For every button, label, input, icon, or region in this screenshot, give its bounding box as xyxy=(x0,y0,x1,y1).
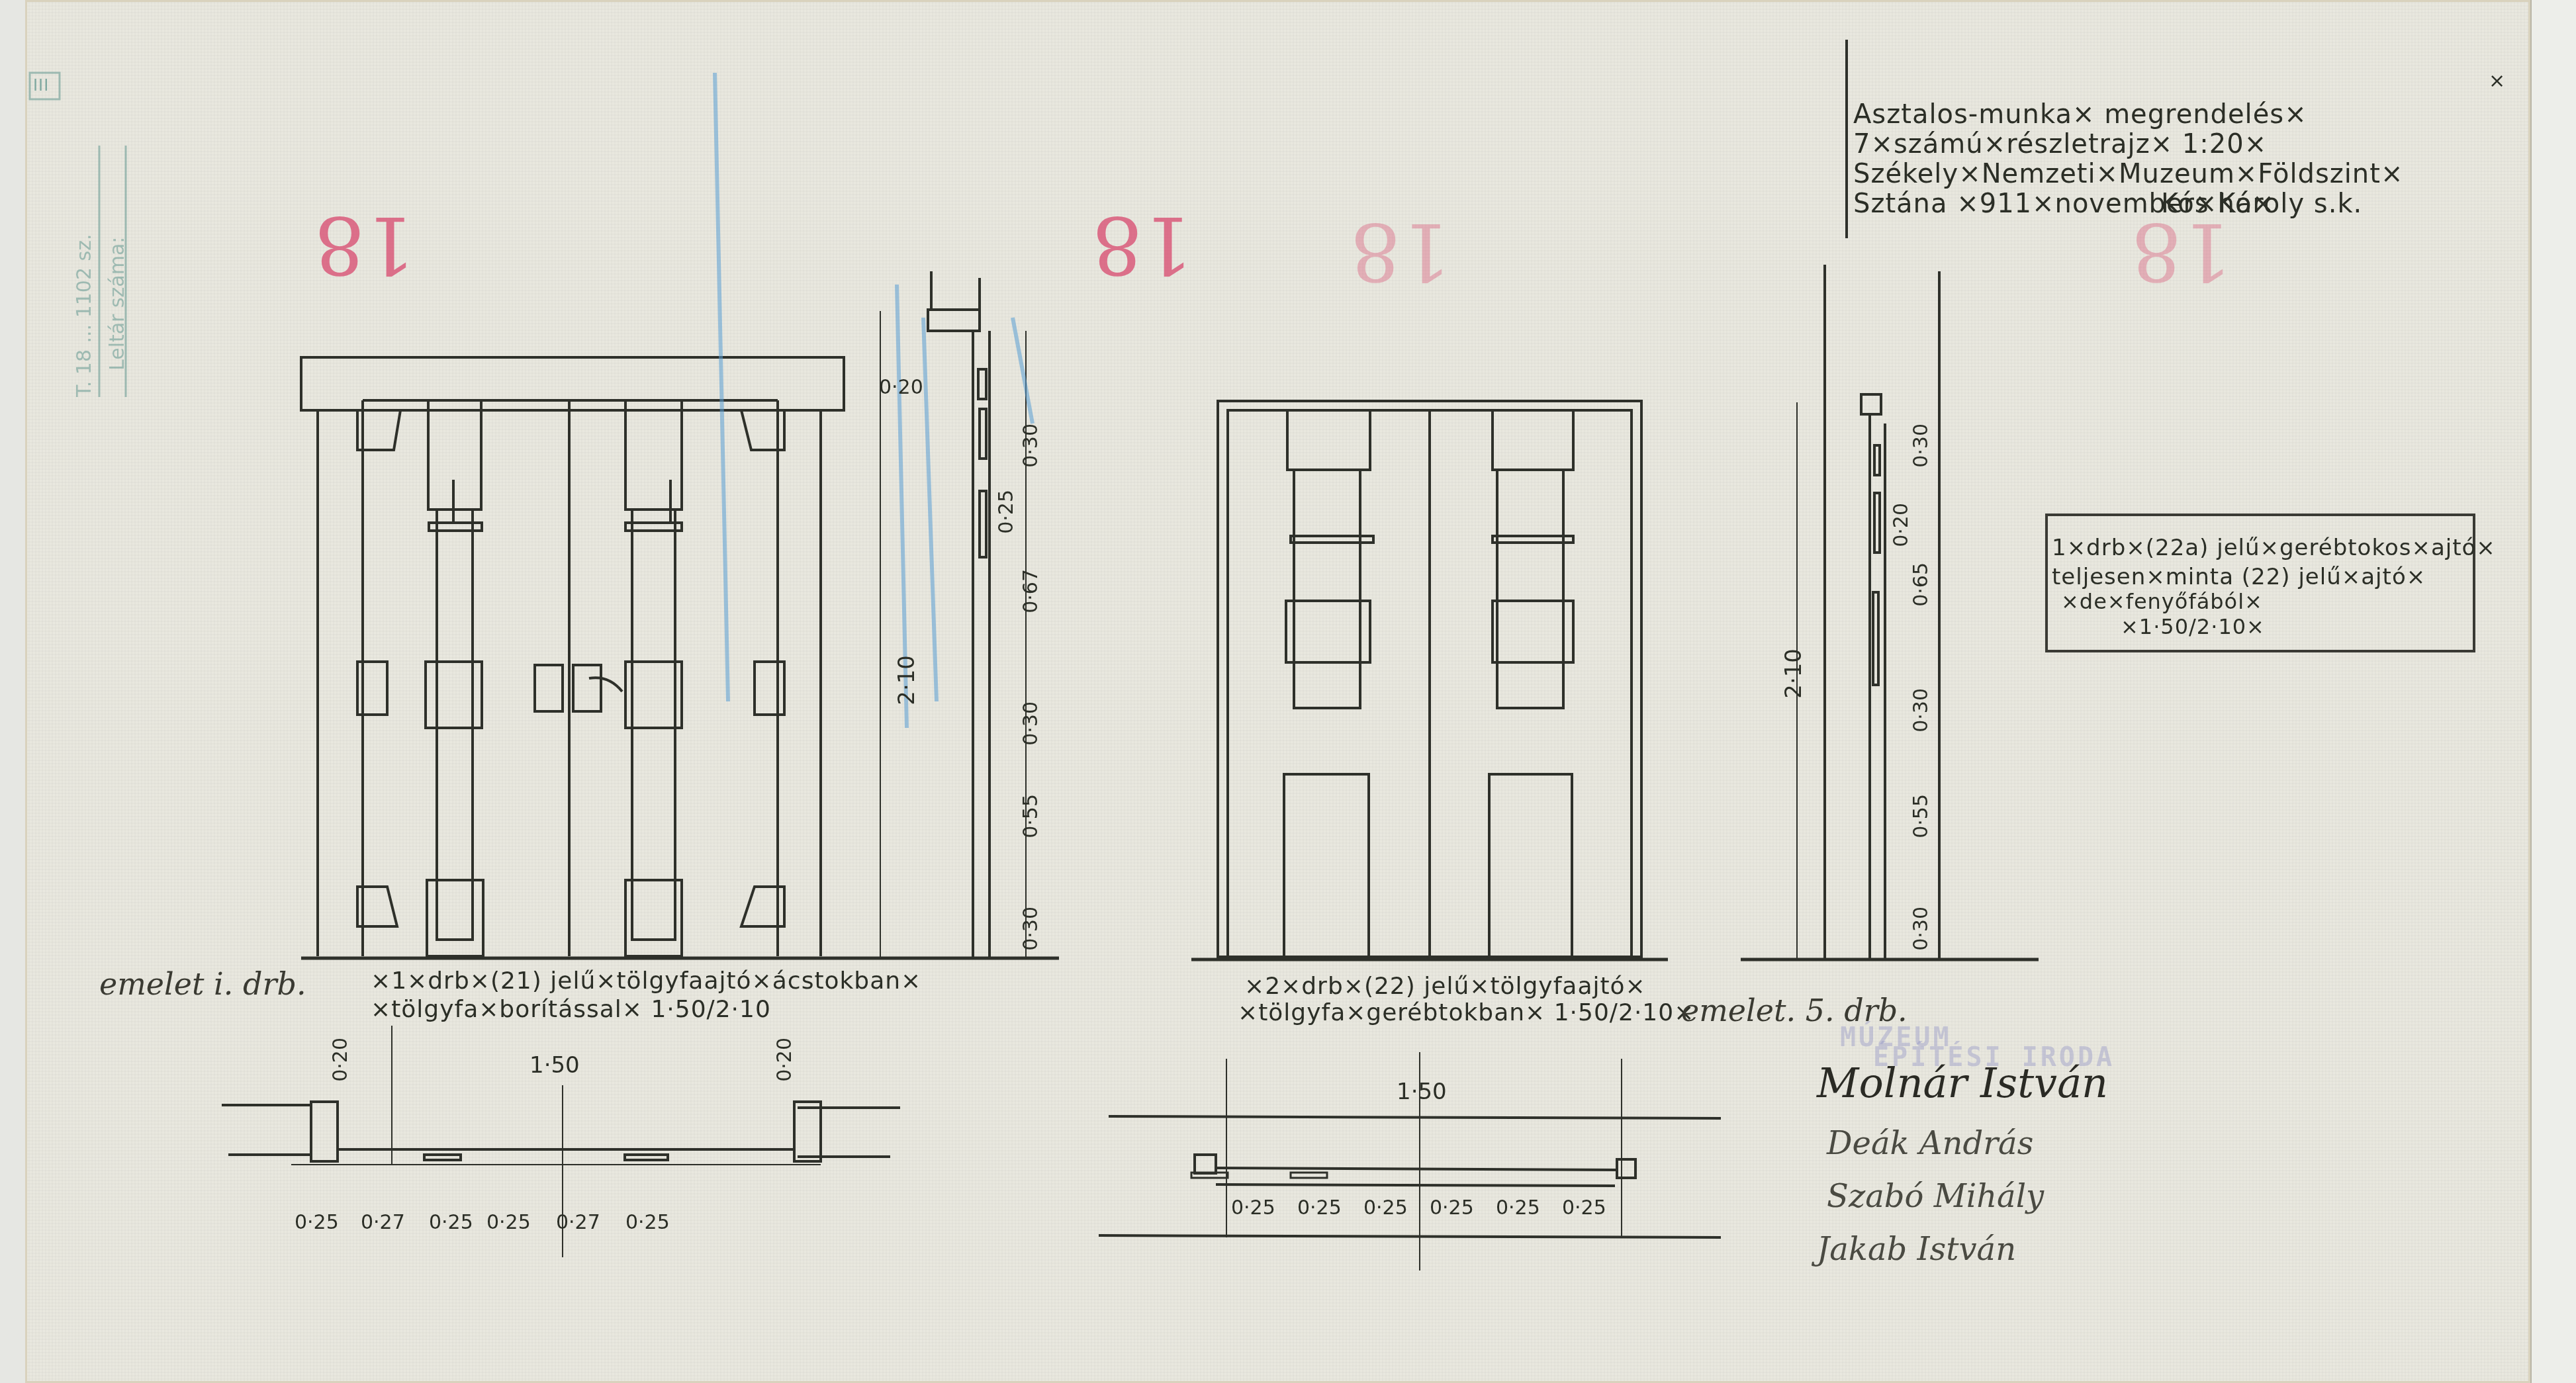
door22-dim-seg-4: 0·30 xyxy=(1909,688,1933,733)
door21-dim-width: 1·50 xyxy=(529,1052,580,1079)
red-crayon-number-faded: 18 xyxy=(1350,205,1451,297)
door21-floor-annotation: emelet i. drb. xyxy=(99,966,306,1002)
door22-caption-line-2: ×tölgyfa×gerébtokban× 1·50/2·10× xyxy=(1238,999,1694,1026)
door21-dim-seg-3: 0·67 xyxy=(1019,569,1042,613)
door22-dim-seg-2: 0·20 xyxy=(1890,503,1913,547)
door22-dim-seg-6: 0·30 xyxy=(1909,907,1933,951)
door21-dim-seg-6: 0·30 xyxy=(1019,907,1042,951)
door21-dim-plan-seg: 0·25 xyxy=(429,1211,473,1234)
red-crayon-number: 18 xyxy=(1092,199,1193,290)
author-signature: Kós Károly s.k. xyxy=(2161,189,2362,219)
door21-caption-line-2: ×tölgyfa×borítással× 1·50/2·10 xyxy=(371,996,771,1023)
signature-1: Molnár István xyxy=(1817,1059,2108,1107)
corner-mark: × xyxy=(2489,69,2506,93)
door22-dim-plan-seg: 0·25 xyxy=(1363,1196,1408,1220)
door22-dim-total-height: 2·10 xyxy=(1780,648,1807,699)
note-line-4: ×1·50/2·10× xyxy=(2121,614,2265,639)
door21-dim-seg-1: 0·30 xyxy=(1019,424,1042,468)
door22-dim-plan-seg: 0·25 xyxy=(1297,1196,1342,1220)
door22-dim-seg-3: 0·65 xyxy=(1909,562,1933,607)
note-line-2: teljesen×minta (22) jelű×ajtó× xyxy=(2052,564,2426,590)
door21-dim-seg-4: 0·30 xyxy=(1019,701,1042,746)
signature-3: Szabó Mihály xyxy=(1827,1178,2044,1215)
door21-dim-plan-seg: 0·25 xyxy=(486,1211,531,1234)
door21-dim-jamb-left: 0·20 xyxy=(329,1038,352,1082)
door22-dim-plan-seg: 0·25 xyxy=(1562,1196,1606,1220)
archive-pencil-line1: T. 18 ... 1102 sz. xyxy=(73,234,96,398)
door22-dim-plan-seg: 0·25 xyxy=(1496,1196,1540,1220)
door22-dim-plan-seg: 0·25 xyxy=(1231,1196,1275,1220)
door21-dim-jamb-right: 0·20 xyxy=(773,1038,796,1082)
note-line-3: ×de×fenyőfából× xyxy=(2061,589,2263,614)
red-crayon-number: 18 xyxy=(314,199,416,290)
note-box-22a: 1×drb×(22a) jelű×gerébtokos×ajtó× teljes… xyxy=(2045,513,2475,652)
title-line-3: Székely×Nemzeti×Muzeum×Földszint× xyxy=(1853,159,2403,189)
door21-dim-plan-seg: 0·25 xyxy=(625,1211,670,1234)
door21-caption-line-1: ×1×drb×(21) jelű×tölgyfaajtó×ácstokban× xyxy=(371,967,921,995)
door22-dim-plan-seg: 0·25 xyxy=(1430,1196,1474,1220)
archive-box-mark: III xyxy=(33,76,49,95)
signature-4: Jakab István xyxy=(1817,1231,2016,1268)
door22-dim-seg-1: 0·30 xyxy=(1909,424,1933,468)
door21-dim-seg-5: 0·55 xyxy=(1019,794,1042,838)
door22-caption-line-1: ×2×drb×(22) jelű×tölgyfaajtó× xyxy=(1244,973,1646,1000)
door21-dim-plan-seg: 0·27 xyxy=(361,1211,405,1234)
title-line-2: 7×számú×részletrajz× 1:20× xyxy=(1853,129,2267,159)
note-line-1: 1×drb×(22a) jelű×gerébtokos×ajtó× xyxy=(2052,535,2496,561)
title-line-1: Asztalos-munka× megrendelés× xyxy=(1853,99,2307,130)
door22-dim-width: 1·50 xyxy=(1397,1079,1447,1105)
door22-dim-seg-5: 0·55 xyxy=(1909,794,1933,838)
door21-dim-plan-seg: 0·25 xyxy=(295,1211,339,1234)
door21-dim-frame-top: 0·20 xyxy=(879,376,923,399)
door21-dim-total-height: 2·10 xyxy=(894,655,920,705)
archive-pencil-line2: Leltár száma: xyxy=(106,237,129,371)
door21-dim-plan-seg: 0·27 xyxy=(556,1211,600,1234)
signature-2: Deák András xyxy=(1827,1125,2033,1162)
door21-dim-seg-2: 0·25 xyxy=(995,490,1018,534)
